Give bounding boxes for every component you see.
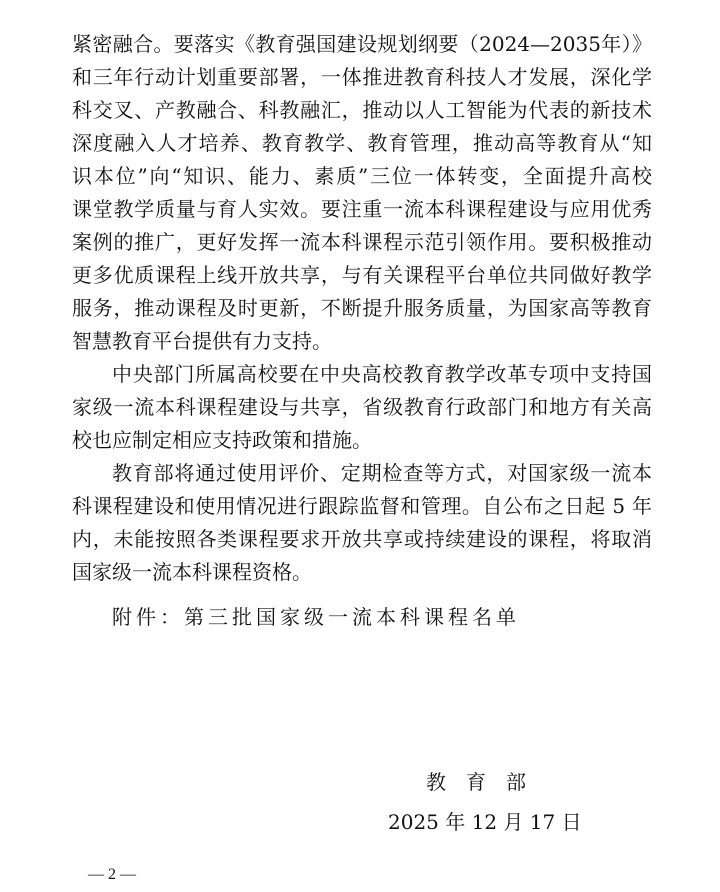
body-text-line: 服务，推动课程及时更新，不断提升服务质量，为国家高等教育 [72, 292, 652, 325]
body-text-line: 课堂教学质量与育人实效。要注重一流本科课程建设与应用优秀 [72, 193, 652, 226]
body-text-line: 中央部门所属高校要在中央高校教育教学改革专项中支持国 [112, 358, 652, 391]
signature-date: 2025 年 12 月 17 日 [388, 806, 582, 839]
body-text-line: 教育部将通过使用评价、定期检查等方式，对国家级一流本 [112, 457, 652, 490]
body-text-line: 紧密融合。要落实《教育强国建设规划纲要（2024—2035年）》 [72, 28, 652, 61]
body-text-line: 家级一流本科课程建设与共享，省级教育行政部门和地方有关高 [72, 391, 652, 424]
body-text-line: 校也应制定相应支持政策和措施。 [72, 424, 652, 457]
body-text-line: 智慧教育平台提供有力支持。 [72, 325, 652, 358]
body-text-line: 内，未能按照各类课程要求开放共享或持续建设的课程，将取消 [72, 523, 652, 556]
body-text-line: 深度融入人才培养、教育教学、教育管理，推动高等教育从“知 [72, 127, 652, 160]
body-text-line: 科课程建设和使用情况进行跟踪监督和管理。自公布之日起 5 年 [72, 490, 652, 523]
body-text-line: 识本位”向“知识、能力、素质”三位一体转变，全面提升高校 [72, 160, 652, 193]
body-text-line: 案例的推广，更好发挥一流本科课程示范引领作用。要积极推动 [72, 226, 652, 259]
body-text-line: 和三年行动计划重要部署，一体推进教育科技人才发展，深化学 [72, 61, 652, 94]
page-number: — 2 — [88, 866, 136, 884]
body-text-line: 科交叉、产教融合、科教融汇，推动以人工智能为代表的新技术 [72, 94, 652, 127]
signature-organization: 教 育 部 [426, 766, 526, 799]
body-text-line: 国家级一流本科课程资格。 [72, 556, 652, 589]
body-text-line: 更多优质课程上线开放共享，与有关课程平台单位共同做好教学 [72, 259, 652, 292]
attachment-line: 附件：第三批国家级一流本科课程名单 [112, 601, 652, 634]
